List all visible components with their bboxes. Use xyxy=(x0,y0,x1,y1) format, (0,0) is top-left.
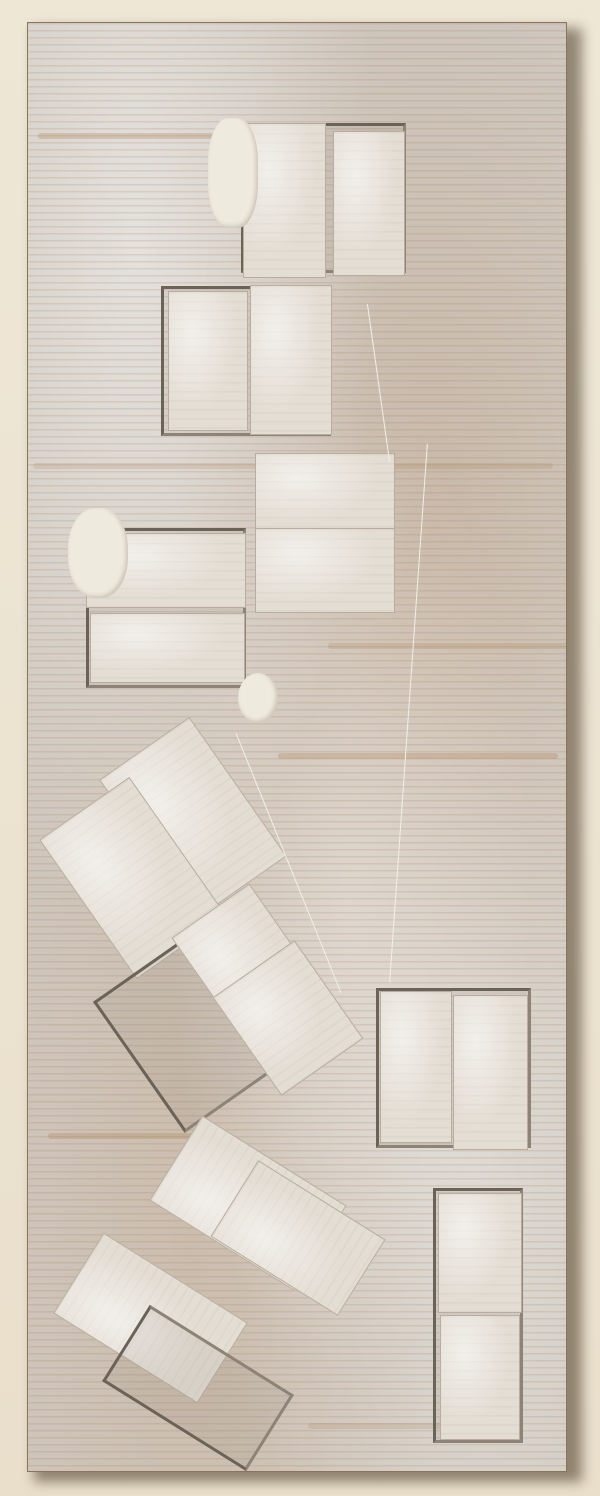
folded-flap xyxy=(440,1315,520,1440)
folded-flap xyxy=(380,991,452,1143)
glue-blob xyxy=(238,673,278,723)
folded-flap xyxy=(168,291,248,431)
string-thread xyxy=(367,304,390,463)
artwork-panel xyxy=(27,22,567,1472)
folded-flap xyxy=(255,528,395,613)
folded-flap xyxy=(333,131,405,276)
cardboard-streak xyxy=(278,753,558,759)
cardboard-streak xyxy=(328,643,567,649)
folded-flap xyxy=(90,613,245,683)
folded-flap xyxy=(255,453,395,533)
cardboard-streak xyxy=(38,133,238,139)
folded-flap xyxy=(438,1193,522,1313)
glue-blob xyxy=(208,118,258,228)
folded-flap xyxy=(250,285,332,435)
glue-blob xyxy=(68,508,128,598)
folded-flap xyxy=(453,995,528,1150)
